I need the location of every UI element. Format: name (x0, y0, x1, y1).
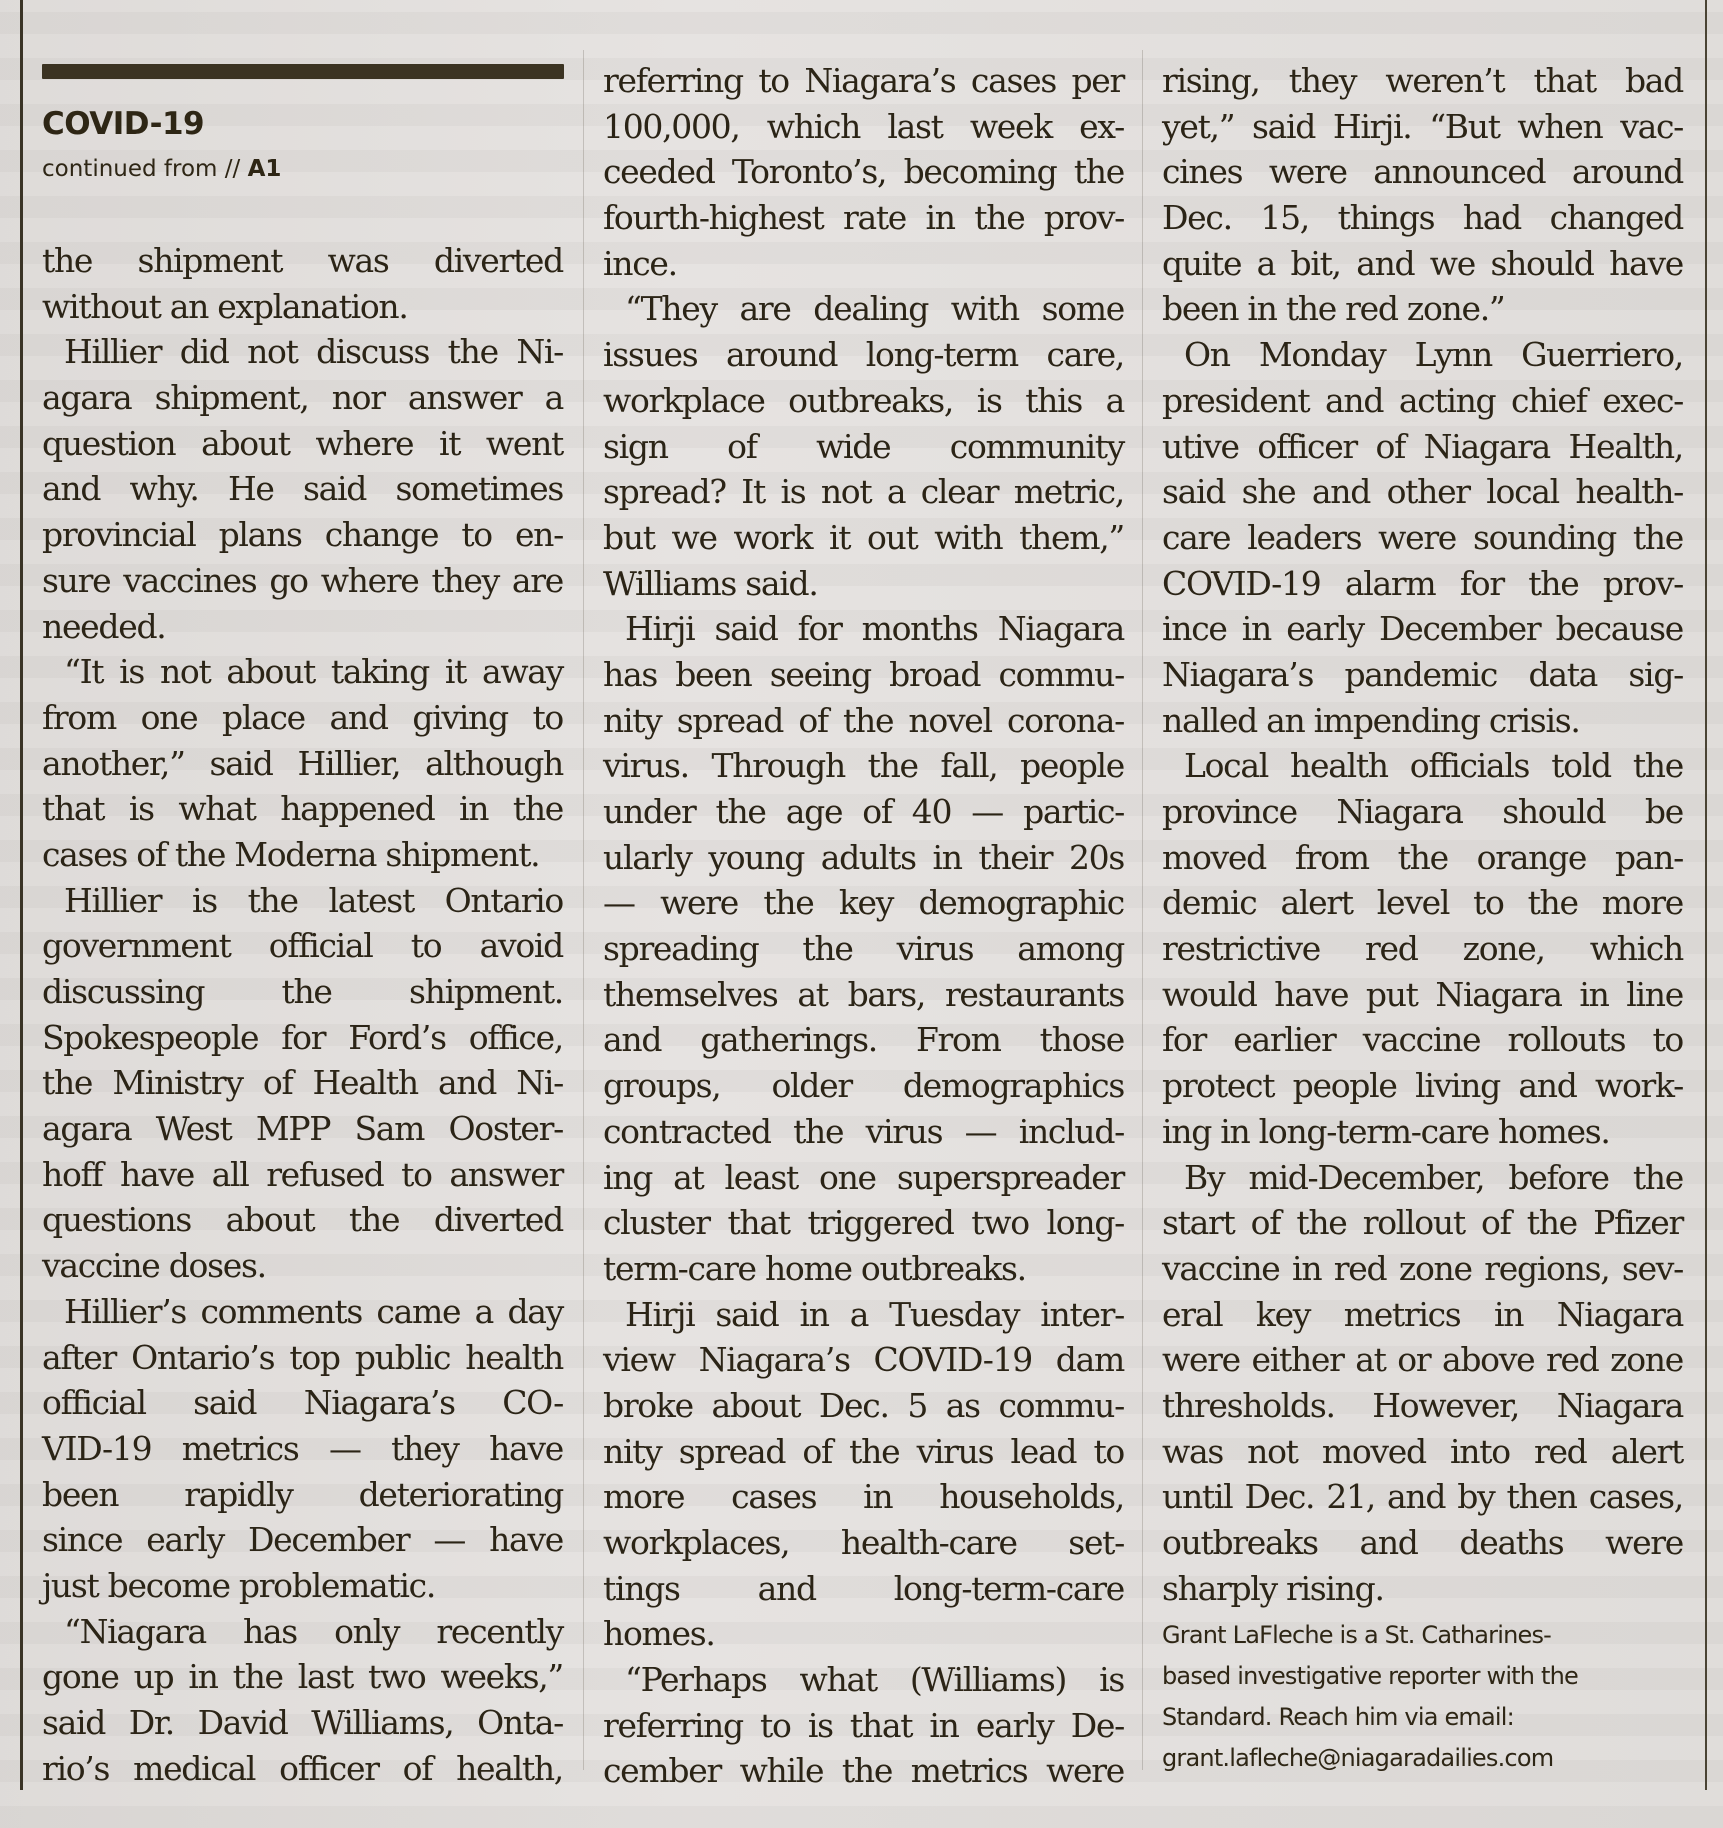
section-header-bar (42, 64, 564, 79)
body-text-line: quite a bit, and we should have (1162, 241, 1683, 287)
body-text-line: agara West MPP Sam Ooster- (42, 1106, 563, 1152)
body-text-line: ince. (603, 241, 1124, 287)
body-text-line: another,” said Hillier, although (42, 741, 563, 787)
body-text-line: view Niagara’s COVID-19 dam (603, 1337, 1124, 1383)
body-text-line: ceeded Toronto’s, becoming the (603, 149, 1124, 195)
body-text-line: province Niagara should be (1162, 789, 1683, 835)
body-text-line: utive officer of Niagara Health, (1162, 424, 1683, 470)
body-text-line: Hirji said in a Tuesday inter- (603, 1292, 1124, 1338)
body-text-line: thresholds. However, Niagara (1162, 1383, 1683, 1429)
body-text-line: and why. He said sometimes (42, 466, 563, 512)
article-column-1: the shipment was divertedwithout an expl… (42, 238, 563, 1791)
column-gutter (1142, 50, 1143, 1770)
body-text-line: nity spread of the virus lead to (603, 1429, 1124, 1475)
body-text-line: “They are dealing with some (603, 286, 1124, 332)
body-text-line: Williams said. (603, 561, 1124, 607)
body-text-line: after Ontario’s top public health (42, 1335, 563, 1381)
jump-page: A1 (248, 156, 282, 182)
body-text-line: issues around long-term care, (603, 332, 1124, 378)
body-text-line: just become problematic. (42, 1563, 563, 1609)
body-text-line: “It is not about taking it away (42, 649, 563, 695)
body-text-line: Spokespeople for Ford’s office, (42, 1015, 563, 1061)
body-text-line: “Niagara has only recently (42, 1609, 563, 1655)
body-text-line: been rapidly deteriorating (42, 1472, 563, 1518)
body-text-line: questions about the diverted (42, 1197, 563, 1243)
body-text-line: 100,000, which last week ex- (603, 104, 1124, 150)
left-border-rule (20, 0, 23, 1790)
bio-line: based investigative reporter with the (1162, 1656, 1683, 1697)
body-text-line: the Ministry of Health and Ni- (42, 1060, 563, 1106)
body-text-line: “Perhaps what (Williams) is (603, 1657, 1124, 1703)
body-text-line: nity spread of the novel corona- (603, 698, 1124, 744)
body-text-line: sure vaccines go where they are (42, 558, 563, 604)
body-text-line: spreading the virus among (603, 926, 1124, 972)
body-text-line: agara shipment, nor answer a (42, 375, 563, 421)
body-text-line: fourth-highest rate in the prov- (603, 195, 1124, 241)
body-text-line: cluster that triggered two long- (603, 1200, 1124, 1246)
body-text-line: said she and other local health- (1162, 469, 1683, 515)
body-text-line: ing at least one superspreader (603, 1155, 1124, 1201)
body-text-line: cember while the metrics were (603, 1748, 1124, 1794)
body-text-line: said Dr. David Williams, Onta- (42, 1700, 563, 1746)
body-text-line: — were the key demographic (603, 880, 1124, 926)
body-text-line: Hillier is the latest Ontario (42, 878, 563, 924)
body-text-line: more cases in households, (603, 1474, 1124, 1520)
body-text-line: COVID-19 alarm for the prov- (1162, 561, 1683, 607)
article-column-2: referring to Niagara’s cases per100,000,… (603, 58, 1124, 1794)
body-text-line: workplaces, health-care set- (603, 1520, 1124, 1566)
body-text-line: yet,” said Hirji. “But when vac- (1162, 104, 1683, 150)
body-text-line: start of the rollout of the Pfizer (1162, 1200, 1683, 1246)
body-text-line: Local health officials told the (1162, 743, 1683, 789)
body-text-line: cases of the Moderna shipment. (42, 832, 563, 878)
body-text-line: contracted the virus — includ- (603, 1109, 1124, 1155)
column-gutter (583, 50, 584, 1770)
body-text-line: and gatherings. From those (603, 1017, 1124, 1063)
bio-line: Grant LaFleche is a St. Catharines- (1162, 1615, 1683, 1656)
body-text-line: workplace outbreaks, is this a (603, 378, 1124, 424)
body-text-line: under the age of 40 — partic- (603, 789, 1124, 835)
body-text-line: the shipment was diverted (42, 238, 563, 284)
author-bio: Grant LaFleche is a St. Catharines- base… (1162, 1615, 1683, 1779)
continued-from-line: continued from // A1 (42, 156, 281, 182)
body-text-line: outbreaks and deaths were (1162, 1520, 1683, 1566)
body-text-line: rising, they weren’t that bad (1162, 58, 1683, 104)
body-text-line: been in the red zone.” (1162, 286, 1683, 332)
body-text-line: Hillier did not discuss the Ni- (42, 329, 563, 375)
body-text-line: president and acting chief exec- (1162, 378, 1683, 424)
body-text-line: official said Niagara’s CO- (42, 1380, 563, 1426)
body-text-line: without an explanation. (42, 284, 563, 330)
body-text-line: ince in early December because (1162, 606, 1683, 652)
bio-line: Standard. Reach him via email: (1162, 1697, 1683, 1738)
body-text-line: referring to is that in early De- (603, 1703, 1124, 1749)
body-text-line: sharply rising. (1162, 1566, 1683, 1612)
body-text-line: gone up in the last two weeks,” (42, 1654, 563, 1700)
body-text-line: vaccine doses. (42, 1243, 563, 1289)
body-text-line: spread? It is not a clear metric, (603, 469, 1124, 515)
body-text-line: but we work it out with them,” (603, 515, 1124, 561)
body-text-line: Hirji said for months Niagara (603, 606, 1124, 652)
body-text-line: government official to avoid (42, 923, 563, 969)
body-text-line: were either at or above red zone (1162, 1337, 1683, 1383)
body-text-line: tings and long-term-care (603, 1566, 1124, 1612)
body-text-line: sign of wide community (603, 424, 1124, 470)
body-text-line: term-care home outbreaks. (603, 1246, 1124, 1292)
body-text-line: Niagara’s pandemic data sig- (1162, 652, 1683, 698)
body-text-line: provincial plans change to en- (42, 512, 563, 558)
body-text-line: groups, older demographics (603, 1063, 1124, 1109)
body-text-line: ing in long-term-care homes. (1162, 1109, 1683, 1155)
body-text-line: Dec. 15, things had changed (1162, 195, 1683, 241)
body-text-line: nalled an impending crisis. (1162, 698, 1683, 744)
body-text-line: hoff have all refused to answer (42, 1152, 563, 1198)
body-text-line: protect people living and work- (1162, 1063, 1683, 1109)
kicker-title: COVID-19 (42, 106, 204, 142)
body-text-line: has been seeing broad commu- (603, 652, 1124, 698)
body-text-line: until Dec. 21, and by then cases, (1162, 1474, 1683, 1520)
body-text-line: was not moved into red alert (1162, 1429, 1683, 1475)
body-text-line: broke about Dec. 5 as commu- (603, 1383, 1124, 1429)
body-text-line: question about where it went (42, 421, 563, 467)
body-text-line: rio’s medical officer of health, (42, 1746, 563, 1792)
body-text-line: vaccine in red zone regions, sev- (1162, 1246, 1683, 1292)
body-text-line: that is what happened in the (42, 786, 563, 832)
body-text-line: Hillier’s comments came a day (42, 1289, 563, 1335)
body-text-line: themselves at bars, restaurants (603, 972, 1124, 1018)
body-text-line: for earlier vaccine rollouts to (1162, 1017, 1683, 1063)
body-text-line: discussing the shipment. (42, 969, 563, 1015)
body-text-line: cines were announced around (1162, 149, 1683, 195)
body-text-line: care leaders were sounding the (1162, 515, 1683, 561)
body-text-line: By mid-December, before the (1162, 1155, 1683, 1201)
body-text-line: demic alert level to the more (1162, 880, 1683, 926)
body-text-line: homes. (603, 1611, 1124, 1657)
body-text-line: eral key metrics in Niagara (1162, 1292, 1683, 1338)
article-column-3: rising, they weren’t that badyet,” said … (1162, 58, 1683, 1779)
right-border-rule (1705, 0, 1707, 1790)
jump-prefix: continued from // (42, 156, 240, 182)
body-text-line: referring to Niagara’s cases per (603, 58, 1124, 104)
body-text-line: virus. Through the fall, people (603, 743, 1124, 789)
column-3-body: rising, they weren’t that badyet,” said … (1162, 58, 1683, 1611)
body-text-line: would have put Niagara in line (1162, 972, 1683, 1018)
body-text-line: On Monday Lynn Guerriero, (1162, 332, 1683, 378)
body-text-line: since early December — have (42, 1517, 563, 1563)
body-text-line: VID-19 metrics — they have (42, 1426, 563, 1472)
body-text-line: needed. (42, 604, 563, 650)
author-email-link[interactable]: grant.lafleche@niagaradailies.com (1162, 1738, 1683, 1779)
body-text-line: ularly young adults in their 20s (603, 835, 1124, 881)
body-text-line: restrictive red zone, which (1162, 926, 1683, 972)
body-text-line: moved from the orange pan- (1162, 835, 1683, 881)
body-text-line: from one place and giving to (42, 695, 563, 741)
